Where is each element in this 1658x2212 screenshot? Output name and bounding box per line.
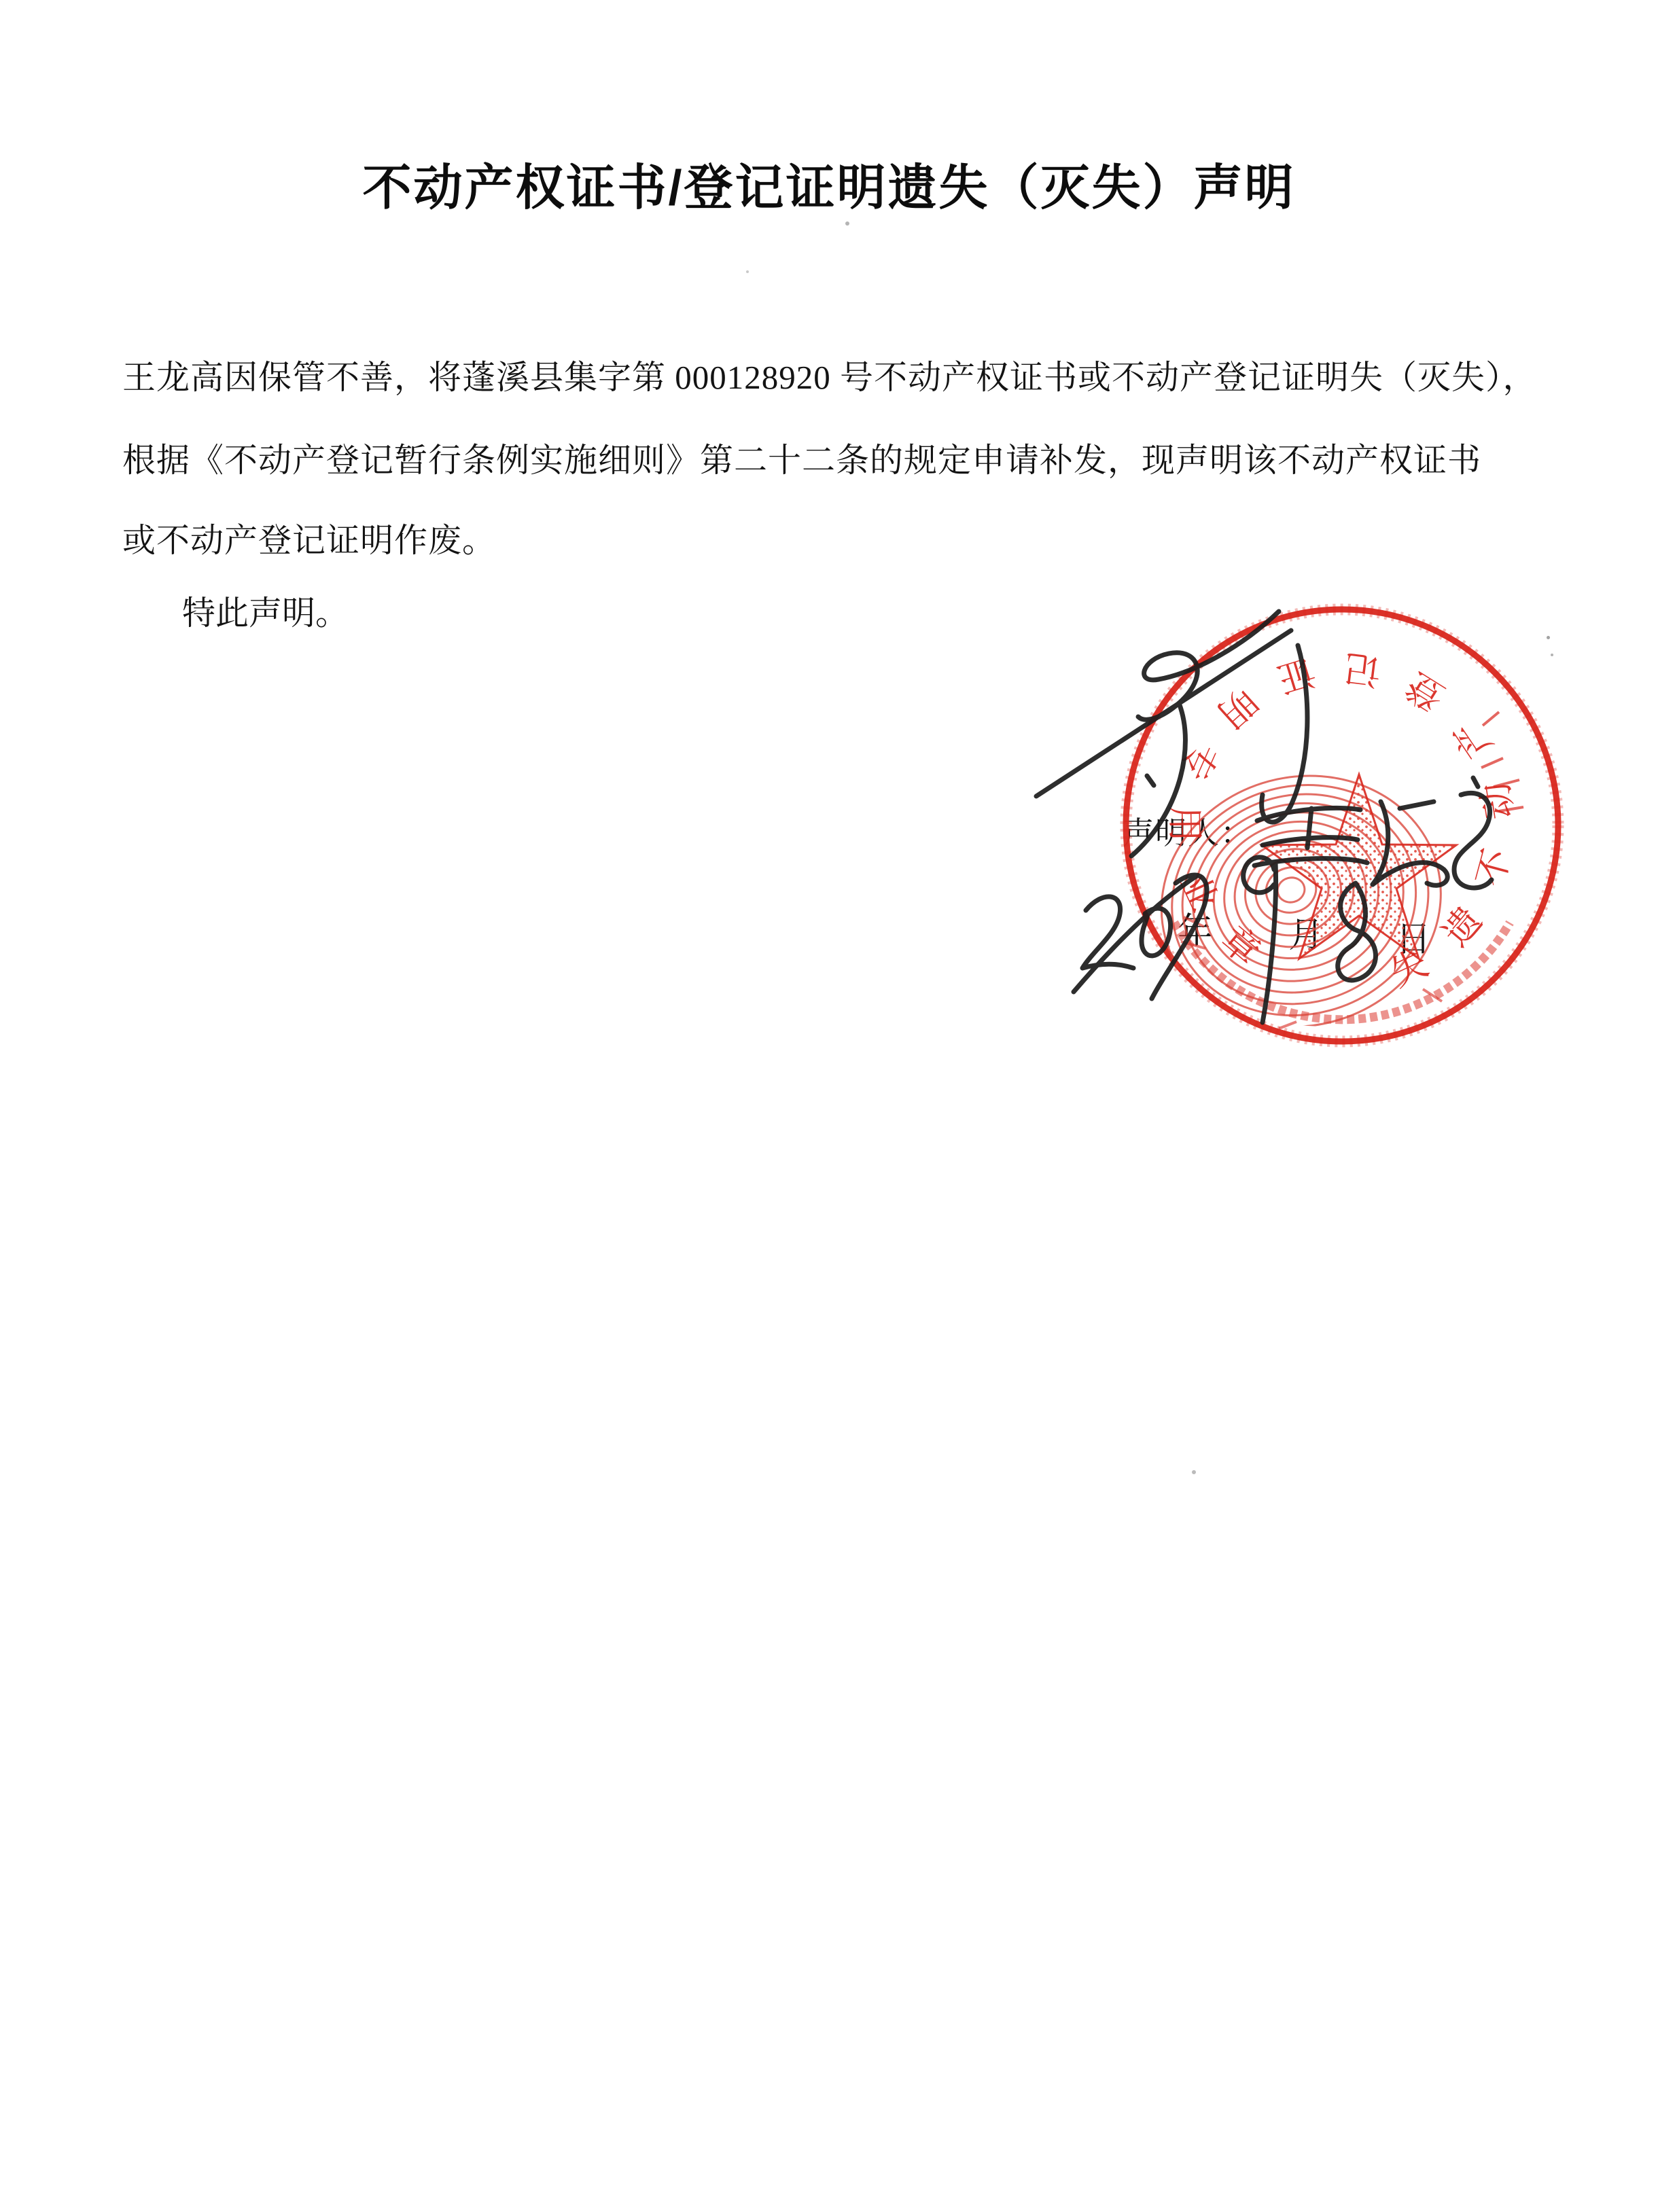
scanned-declaration-document: 不动产权证书/登记证明遗失（灭失）声明 王龙高因保管不善，将蓬溪县集字第 000… [0, 0, 1658, 2212]
svg-text:产: 产 [1446, 712, 1500, 765]
body-paragraph-line-2: 根据《不动产登记暂行条例实施细则》第二十二条的规定申请补发，现声明该不动产权证书 [122, 440, 1542, 481]
svg-text:登: 登 [1399, 665, 1452, 719]
page-title: 不动产权证书/登记证明遗失（灭失）声明 [0, 148, 1658, 219]
closing-statement: 特此声明。 [182, 587, 349, 635]
svg-text:动: 动 [1475, 779, 1521, 822]
svg-text:章: 章 [1214, 918, 1268, 974]
body-paragraph-line-3: 或不动产登记证明作废。 [122, 520, 1542, 561]
svg-text:明: 明 [1210, 680, 1265, 735]
svg-text:遗: 遗 [1435, 899, 1490, 954]
scan-speck [845, 221, 849, 226]
svg-text:不: 不 [1470, 844, 1519, 891]
scan-speck [1192, 1470, 1196, 1474]
svg-text:记: 记 [1342, 647, 1383, 692]
scan-speck [746, 270, 749, 273]
body-paragraph-line-1: 王龙高因保管不善，将蓬溪县集字第 000128920 号不动产权证书或不动产登记… [122, 357, 1542, 398]
official-seal-and-signature-area: 章 业 用 专 明 证 记 登 产 动 不 遗 失 [1006, 564, 1590, 1080]
svg-text:证: 证 [1273, 650, 1320, 700]
